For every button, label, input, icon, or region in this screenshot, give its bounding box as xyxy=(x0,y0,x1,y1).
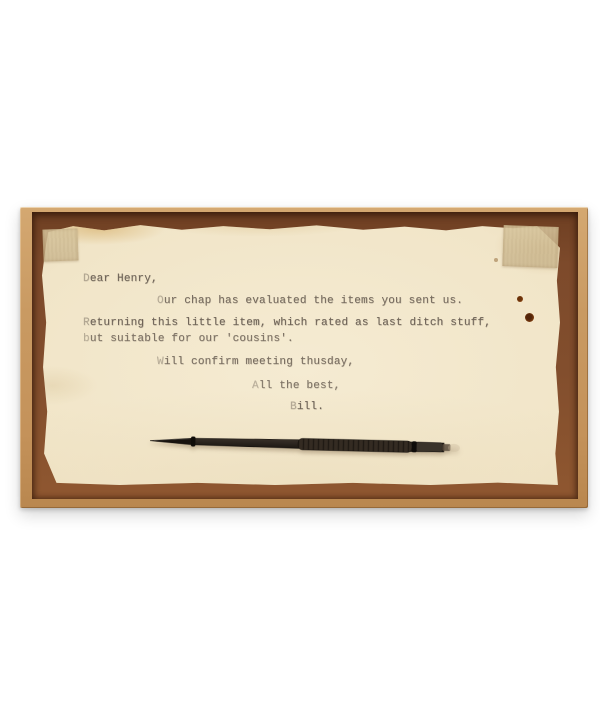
letter-closing: All the best, xyxy=(252,380,340,393)
wooden-display-box: Dear Henry, Our chap has evaluated the i… xyxy=(20,207,588,508)
letter-signature: Bill. xyxy=(290,401,324,414)
letter-line-2: Returning this little item, which rated … xyxy=(83,317,491,330)
letter-line-4: Will confirm meeting thusday, xyxy=(157,356,354,369)
stain-spot-large xyxy=(525,313,534,322)
stain-speck xyxy=(494,258,498,262)
stain-spot-small xyxy=(517,296,523,302)
photo-background: Dear Henry, Our chap has evaluated the i… xyxy=(0,0,600,710)
letter-line-salutation: Dear Henry, xyxy=(83,273,158,286)
letter-line-1: Our chap has evaluated the items you sen… xyxy=(157,295,463,308)
letter-line-3: but suitable for our 'cousins'. xyxy=(83,333,294,346)
